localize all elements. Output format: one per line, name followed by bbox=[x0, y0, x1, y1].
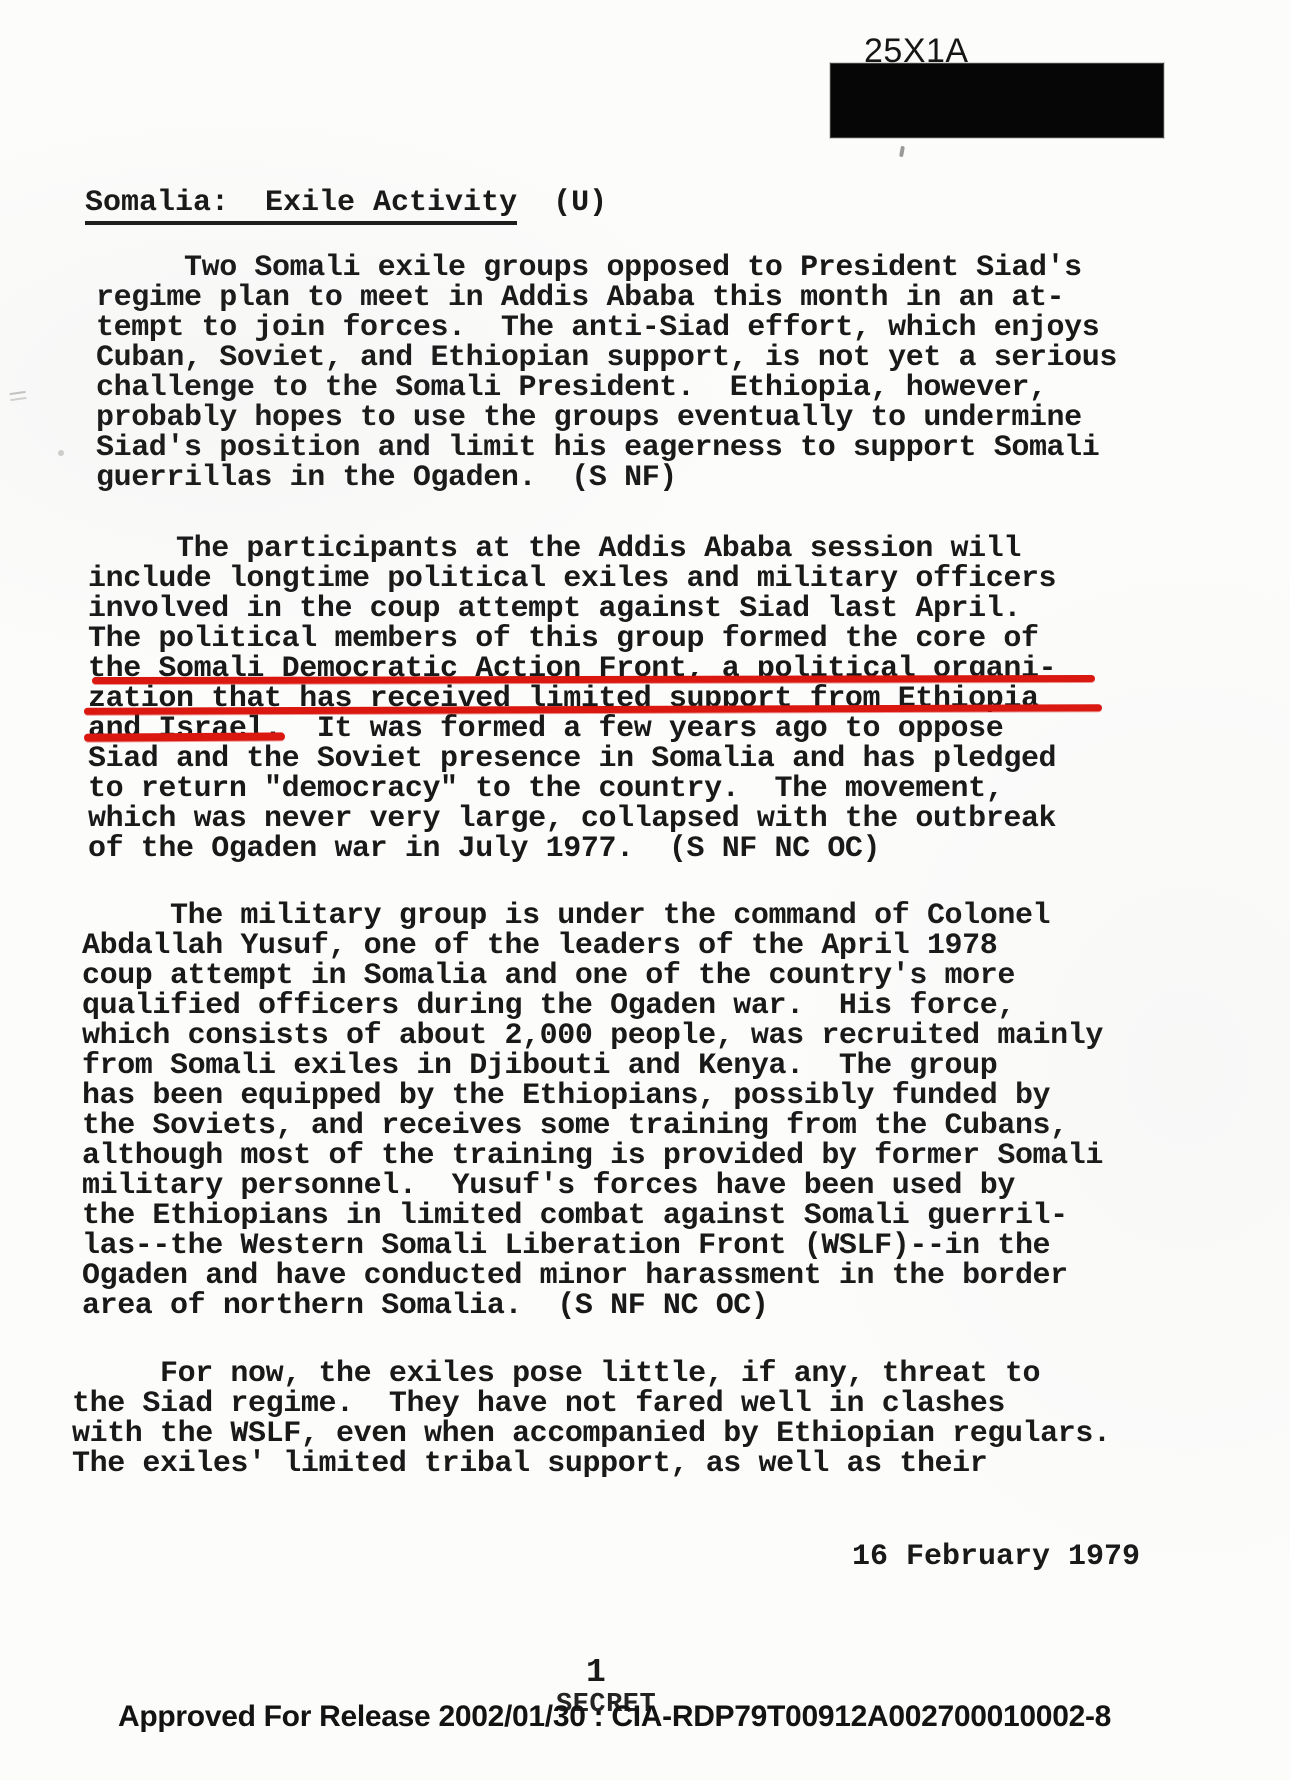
document-title-classification: (U) bbox=[517, 186, 607, 220]
document-title-underlined-text: Somalia: Exile Activity bbox=[85, 186, 517, 225]
paragraph-3: The military group is under the command … bbox=[82, 901, 1103, 1321]
paragraph-1: Two Somali exile groups opposed to Presi… bbox=[96, 253, 1117, 493]
page-number: 1 bbox=[586, 1656, 606, 1689]
scan-artifact bbox=[58, 450, 64, 456]
paragraph-4: For now, the exiles pose little, if any,… bbox=[72, 1359, 1111, 1479]
scan-artifact bbox=[10, 391, 27, 401]
red-underline-mark-3 bbox=[84, 732, 285, 741]
document-title: Somalia: Exile Activity (U) bbox=[85, 188, 607, 218]
paragraph-2: The participants at the Addis Ababa sess… bbox=[88, 534, 1056, 864]
approval-release-stamp: Approved For Release 2002/01/30 : CIA-RD… bbox=[118, 1700, 1111, 1734]
redaction-box bbox=[830, 63, 1164, 138]
document-date: 16 February 1979 bbox=[852, 1542, 1140, 1572]
document-page: 25X1A Somalia: Exile Activity (U) Two So… bbox=[0, 0, 1290, 1780]
scan-artifact bbox=[899, 146, 905, 158]
